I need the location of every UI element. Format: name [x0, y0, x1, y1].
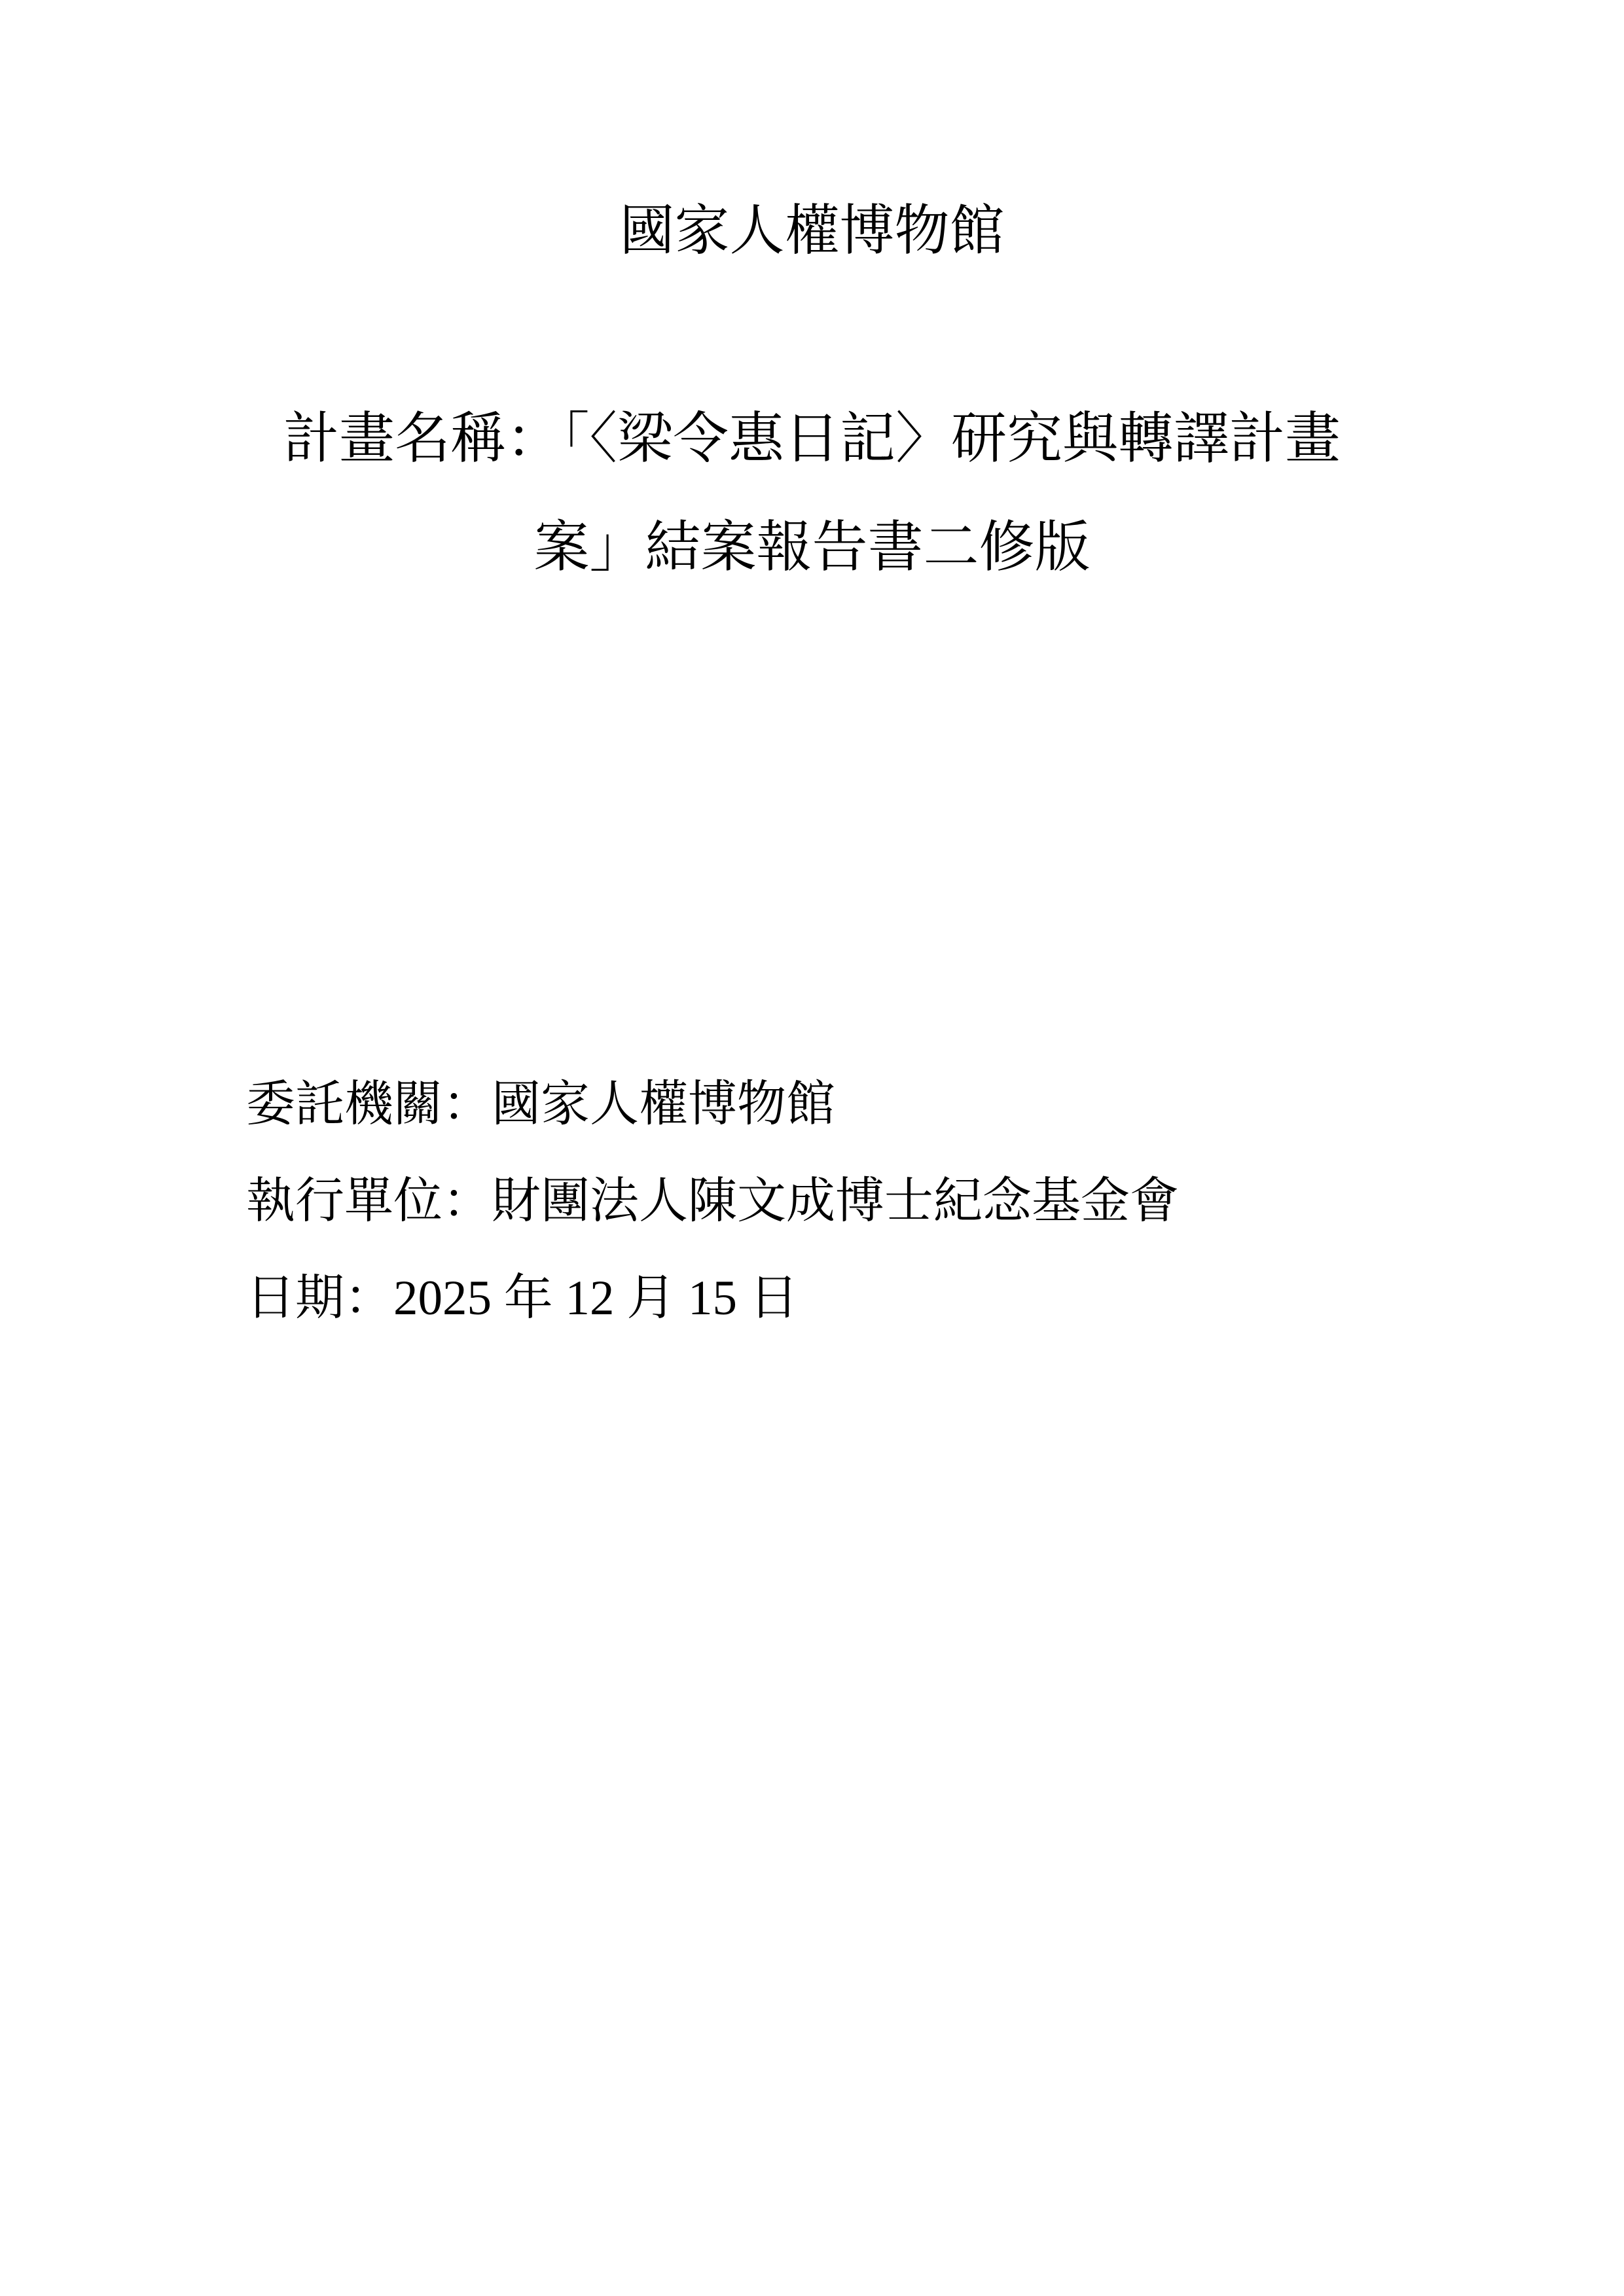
project-title: 計畫名稱：「〈梁令惠日記〉研究與轉譯計畫 案」結案報告書二修版	[0, 385, 1624, 602]
cover-info-block: 委託機關：國家人權博物館 執行單位：財團法人陳文成博士紀念基金會 日期：2025…	[246, 1056, 1179, 1347]
executing-unit-line: 執行單位：財團法人陳文成博士紀念基金會	[246, 1153, 1179, 1250]
date-line: 日期：2025 年 12 月 15 日	[246, 1250, 1179, 1347]
commissioning-agency-line: 委託機關：國家人權博物館	[246, 1056, 1179, 1153]
project-title-line2: 案」結案報告書二修版	[0, 493, 1624, 602]
organization-title: 國家人權博物館	[0, 200, 1624, 264]
report-cover-page: 國家人權博物館 計畫名稱：「〈梁令惠日記〉研究與轉譯計畫 案」結案報告書二修版 …	[0, 0, 1624, 2296]
project-title-line1: 計畫名稱：「〈梁令惠日記〉研究與轉譯計畫	[0, 385, 1624, 493]
